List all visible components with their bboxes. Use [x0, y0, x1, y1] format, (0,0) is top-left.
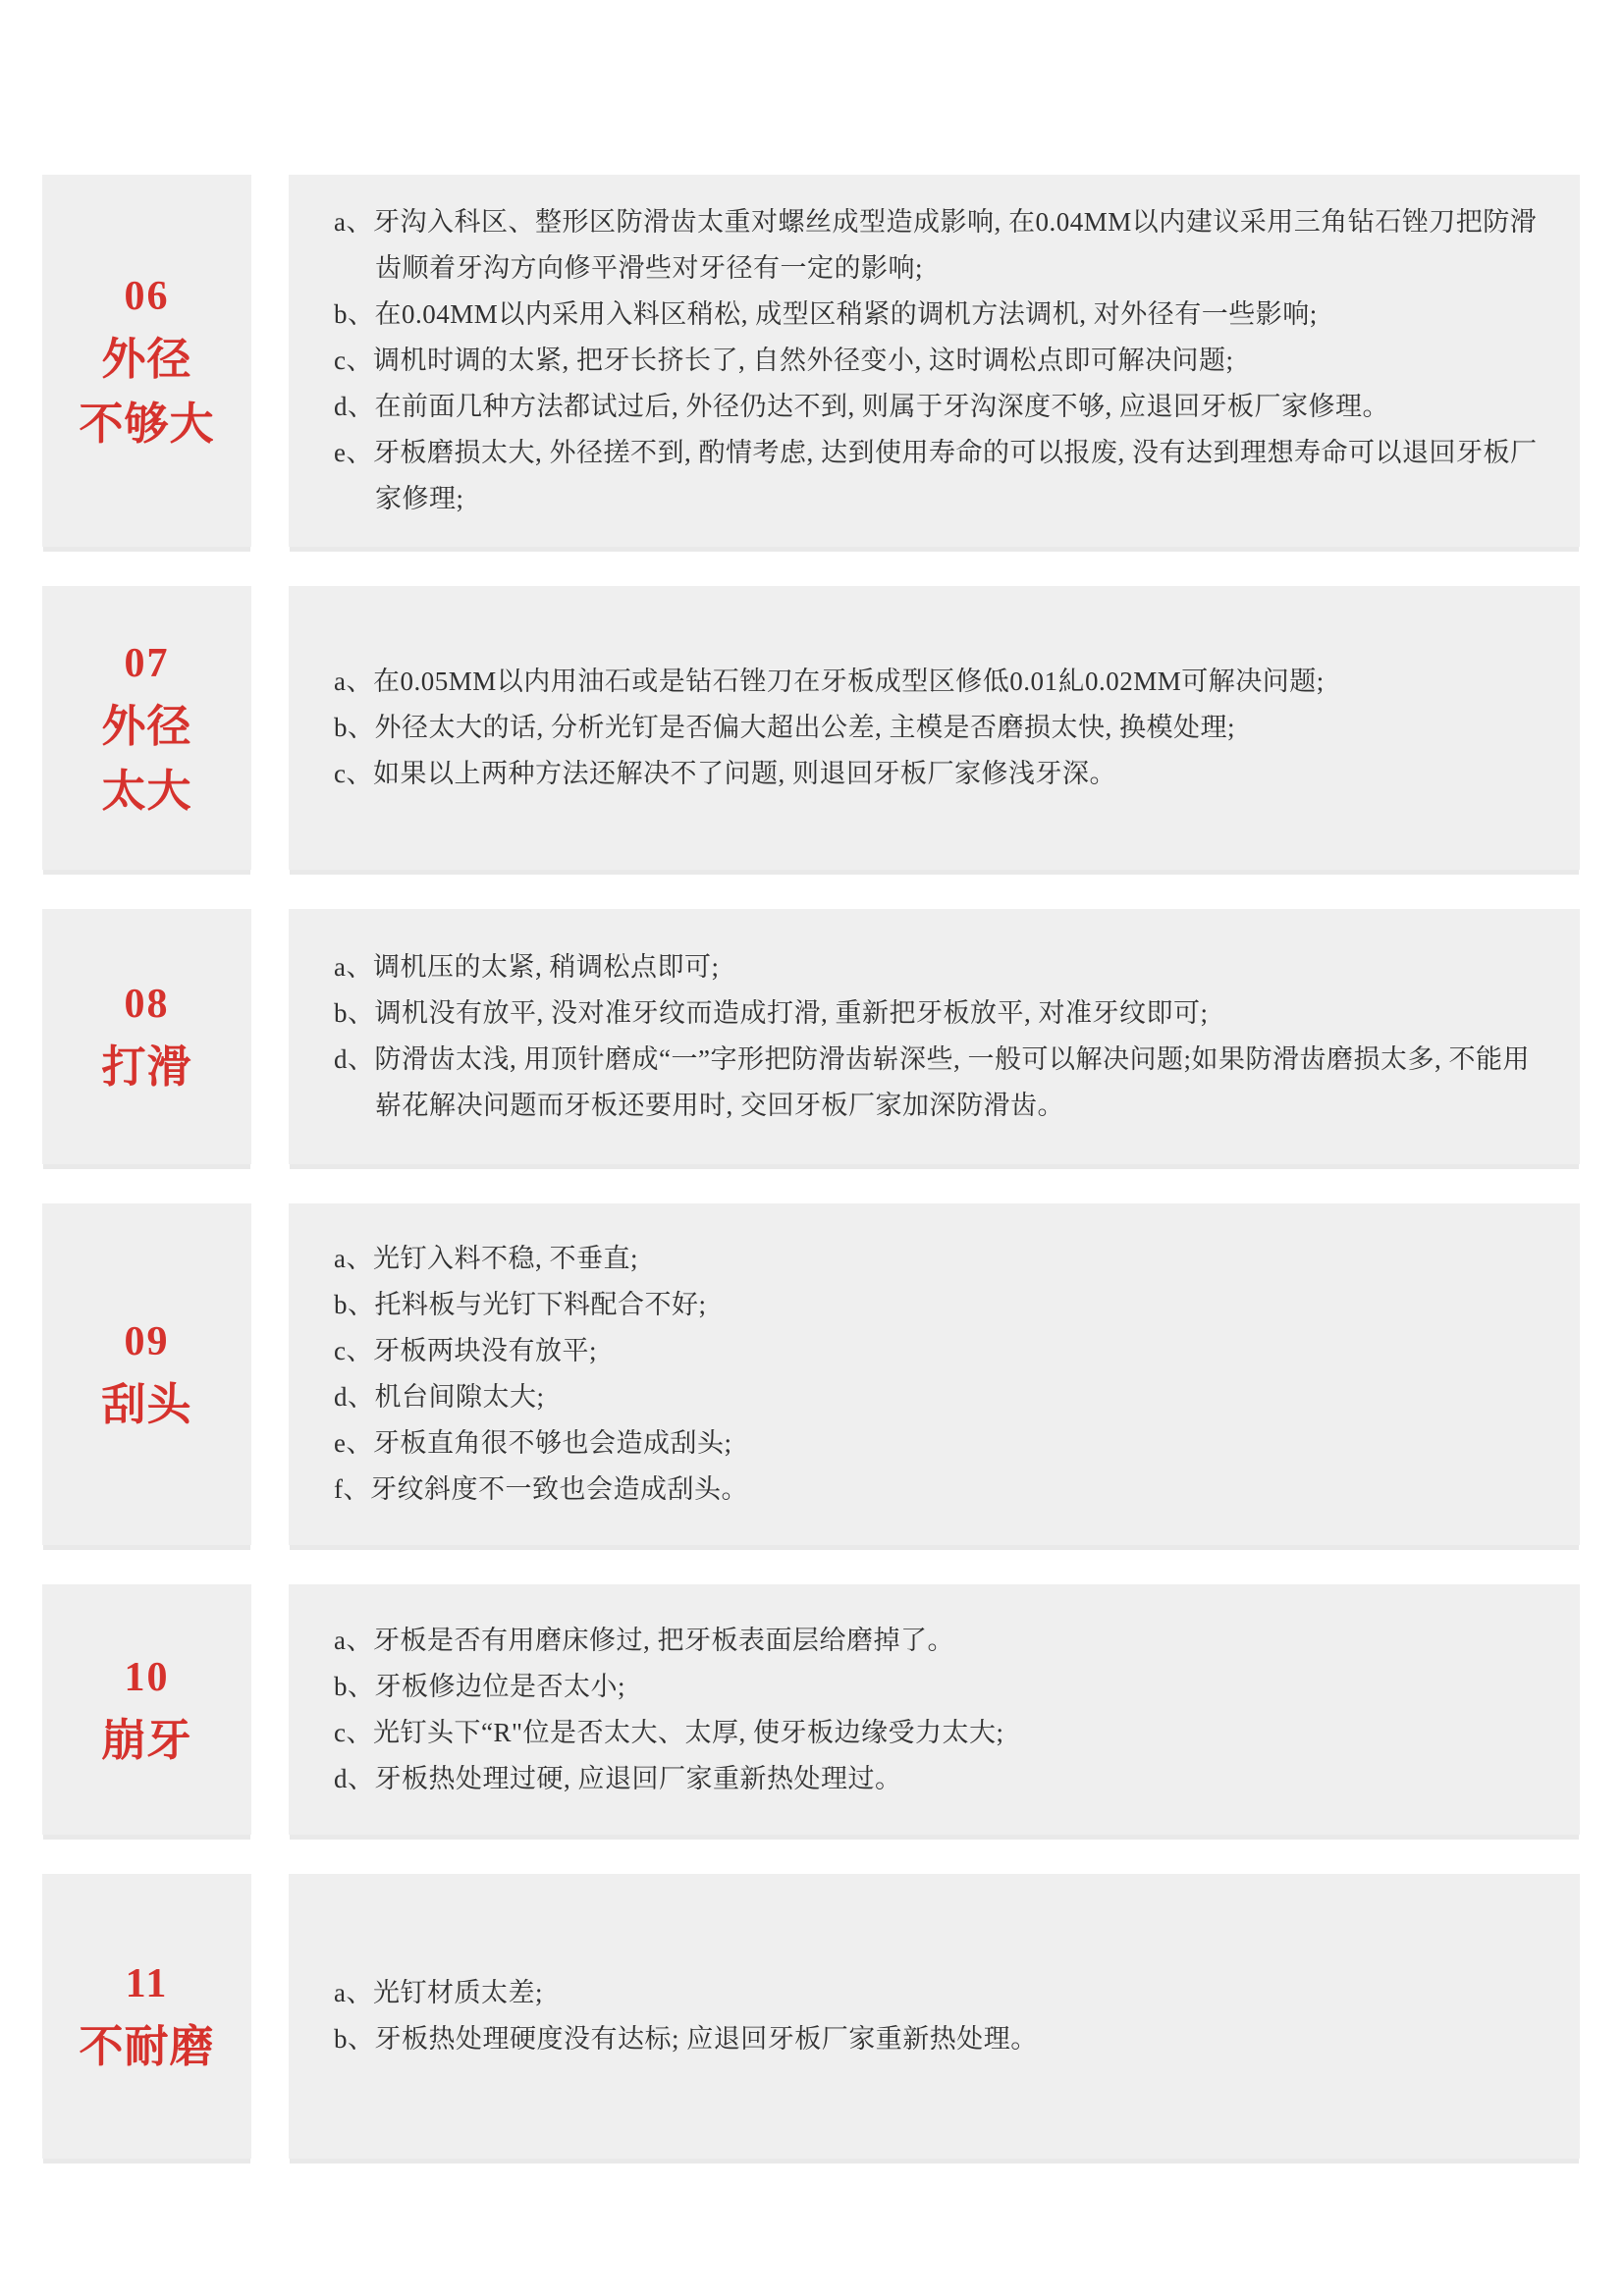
list-item: a、光钉材质太差;	[334, 1970, 1550, 2016]
section-title: 崩牙	[101, 1708, 191, 1773]
section-number: 06	[125, 266, 170, 327]
list-item: d、机台间隙太大;	[334, 1374, 1550, 1420]
list-item: b、外径太大的话, 分析光钉是否偏大超出公差, 主模是否磨损太快, 换模处理;	[334, 705, 1550, 751]
section-number: 11	[126, 1953, 169, 2014]
list-item: c、光钉头下“R"位是否太大、太厚, 使牙板边缘受力太大;	[334, 1710, 1550, 1756]
section-title: 外径太大	[101, 694, 191, 824]
list-item: f、牙纹斜度不一致也会造成刮头。	[334, 1467, 1550, 1513]
section-title-line: 刮头	[101, 1372, 191, 1437]
list-item: a、在0.05MM以内用油石或是钻石锉刀在牙板成型区修低0.01糺0.02MM可…	[334, 659, 1550, 705]
list-item: d、防滑齿太浅, 用顶针磨成“一”字形把防滑齿崭深些, 一般可以解决问题;如果防…	[334, 1037, 1550, 1129]
section-title-line: 外径	[101, 694, 191, 759]
list-item: b、托料板与光钉下料配合不好;	[334, 1282, 1550, 1328]
section-items: a、调机压的太紧, 稍调松点即可;b、调机没有放平, 没对准牙纹而造成打滑, 重…	[289, 909, 1580, 1164]
section-number: 09	[125, 1311, 170, 1372]
list-item: d、在前面几种方法都试过后, 外径仍达不到, 则属于牙沟深度不够, 应退回牙板厂…	[334, 384, 1550, 430]
list-item: e、牙板直角很不够也会造成刮头;	[334, 1420, 1550, 1467]
list-item: b、在0.04MM以内采用入料区稍松, 成型区稍紧的调机方法调机, 对外径有一些…	[334, 292, 1550, 338]
section-title-line: 崩牙	[101, 1708, 191, 1773]
list-item: c、牙板两块没有放平;	[334, 1328, 1550, 1374]
list-item: a、牙沟入科区、整形区防滑齿太重对螺丝成型造成影响, 在0.04MM以内建议采用…	[334, 199, 1550, 292]
list-item: c、如果以上两种方法还解决不了问题, 则退回牙板厂家修浅牙深。	[334, 751, 1550, 797]
list-item: b、调机没有放平, 没对准牙纹而造成打滑, 重新把牙板放平, 对准牙纹即可;	[334, 990, 1550, 1037]
list-item: d、牙板热处理过硬, 应退回厂家重新热处理过。	[334, 1756, 1550, 1802]
section-row: 06 外径不够大 a、牙沟入科区、整形区防滑齿太重对螺丝成型造成影响, 在0.0…	[42, 175, 1580, 547]
section-items: a、在0.05MM以内用油石或是钻石锉刀在牙板成型区修低0.01糺0.02MM可…	[289, 586, 1580, 870]
list-item: a、光钉入料不稳, 不垂直;	[334, 1236, 1550, 1282]
section-items: a、光钉材质太差;b、牙板热处理硬度没有达标; 应退回牙板厂家重新热处理。	[289, 1874, 1580, 2159]
list-item: b、牙板热处理硬度没有达标; 应退回牙板厂家重新热处理。	[334, 2016, 1550, 2062]
section-title-line: 不耐磨	[79, 2014, 214, 2079]
list-item: a、牙板是否有用磨床修过, 把牙板表面层给磨掉了。	[334, 1618, 1550, 1664]
list-item: c、调机时调的太紧, 把牙长挤长了, 自然外径变小, 这时调松点即可解决问题;	[334, 338, 1550, 384]
section-title: 外径不够大	[79, 327, 214, 456]
section-title-box: 06 外径不够大	[42, 175, 251, 547]
section-title: 刮头	[101, 1372, 191, 1437]
section-row: 10 崩牙 a、牙板是否有用磨床修过, 把牙板表面层给磨掉了。b、牙板修边位是否…	[42, 1584, 1580, 1835]
list-item: e、牙板磨损太大, 外径搓不到, 酌情考虑, 达到使用寿命的可以报废, 没有达到…	[334, 430, 1550, 522]
section-row: 07 外径太大 a、在0.05MM以内用油石或是钻石锉刀在牙板成型区修低0.01…	[42, 586, 1580, 870]
section-items: a、牙沟入科区、整形区防滑齿太重对螺丝成型造成影响, 在0.04MM以内建议采用…	[289, 175, 1580, 547]
section-title-line: 外径	[79, 327, 214, 392]
section-title-line: 不够大	[79, 392, 214, 456]
section-row: 11 不耐磨 a、光钉材质太差;b、牙板热处理硬度没有达标; 应退回牙板厂家重新…	[42, 1874, 1580, 2159]
section-row: 08 打滑 a、调机压的太紧, 稍调松点即可;b、调机没有放平, 没对准牙纹而造…	[42, 909, 1580, 1164]
section-items: a、牙板是否有用磨床修过, 把牙板表面层给磨掉了。b、牙板修边位是否太小;c、光…	[289, 1584, 1580, 1835]
section-number: 07	[125, 633, 170, 694]
section-title: 打滑	[101, 1035, 191, 1099]
section-title: 不耐磨	[79, 2014, 214, 2079]
section-number: 10	[125, 1647, 170, 1708]
troubleshooting-page: 06 外径不够大 a、牙沟入科区、整形区防滑齿太重对螺丝成型造成影响, 在0.0…	[0, 0, 1624, 2159]
section-title-box: 10 崩牙	[42, 1584, 251, 1835]
section-title-line: 太大	[101, 759, 191, 824]
section-items: a、光钉入料不稳, 不垂直;b、托料板与光钉下料配合不好;c、牙板两块没有放平;…	[289, 1203, 1580, 1545]
section-title-box: 07 外径太大	[42, 586, 251, 870]
section-row: 09 刮头 a、光钉入料不稳, 不垂直;b、托料板与光钉下料配合不好;c、牙板两…	[42, 1203, 1580, 1545]
section-title-box: 08 打滑	[42, 909, 251, 1164]
sections: 06 外径不够大 a、牙沟入科区、整形区防滑齿太重对螺丝成型造成影响, 在0.0…	[42, 175, 1580, 2159]
section-title-line: 打滑	[101, 1035, 191, 1099]
section-title-box: 09 刮头	[42, 1203, 251, 1545]
list-item: a、调机压的太紧, 稍调松点即可;	[334, 944, 1550, 990]
list-item: b、牙板修边位是否太小;	[334, 1664, 1550, 1710]
section-title-box: 11 不耐磨	[42, 1874, 251, 2159]
section-number: 08	[125, 974, 170, 1035]
